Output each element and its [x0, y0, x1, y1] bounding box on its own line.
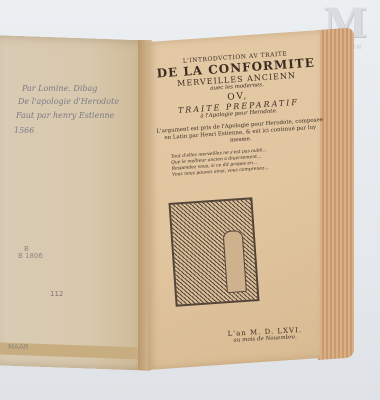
pencil-note-3: 112 — [50, 290, 63, 298]
handwritten-line-3: Faut par henry Estienne — [16, 111, 114, 120]
handwritten-line-2: De l'apologie d'Herodote — [18, 97, 119, 106]
page-edges — [318, 27, 354, 360]
handwritten-line-4: 1566 — [14, 126, 34, 135]
woodcut-illustration-icon — [168, 197, 259, 307]
pencil-note-4: MAAR — [8, 343, 29, 351]
handwritten-line-1: Par Lomine. Dibag — [22, 84, 97, 93]
pencil-note-2: B 1806 — [18, 252, 43, 260]
title-text-block: L'INTRODVCTION AV TRAITE DE LA CONFORMIT… — [150, 48, 328, 180]
